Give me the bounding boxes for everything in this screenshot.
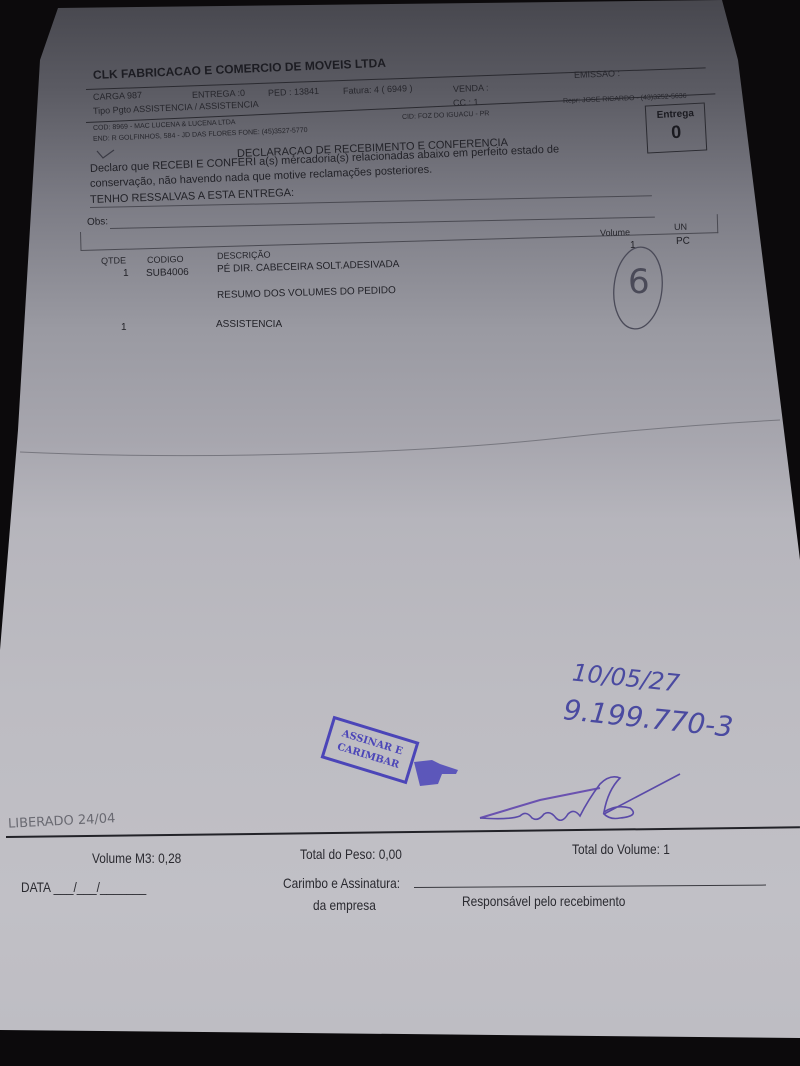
da-empresa: da empresa [313,897,376,913]
fatura: Fatura: 4 ( 6949 ) [343,83,413,96]
carimbo-label: Carimbo e Assinatura: [283,875,400,891]
entrega-box: Entrega 0 [645,102,707,153]
entrega-box-value: 0 [647,120,706,144]
summary-descricao: ASSISTENCIA [216,319,282,330]
summary-qtde: 1 [121,322,127,333]
pedido: PED : 13841 [268,86,319,98]
footer-rule [6,826,800,837]
entrega-line: ENTREGA :0 [192,88,245,100]
handwritten-number: 9.199.770-3 [562,693,735,744]
cidade: CID: FOZ DO IGUACU - PR [402,110,490,121]
pointing-hand-icon [410,756,462,790]
emissao: EMISSAO : [574,68,620,80]
total-volume: Total do Volume: 1 [572,841,670,857]
cc: CC : 1 [453,97,479,108]
total-peso: Total do Peso: 0,00 [300,846,402,862]
col-un: UN [674,222,687,232]
row-codigo: SUB4006 [146,267,189,279]
signature [470,770,700,830]
company-name: CLK FABRICACAO E COMERCIO DE MOVEIS LTDA [93,56,386,82]
delivery-receipt-paper: CLK FABRICACAO E COMERCIO DE MOVEIS LTDA… [0,0,800,1066]
entrega-box-label: Entrega [646,108,704,122]
summary-title: RESUMO DOS VOLUMES DO PEDIDO [217,285,396,301]
col-descricao: DESCRIÇÃO [217,250,271,261]
obs-label: Obs: [87,216,108,228]
data-field[interactable]: DATA ___/___/_______ [21,879,146,895]
row-un: PC [676,236,690,247]
col-volume: Volume [600,227,630,238]
row-descricao: PÉ DIR. CABECEIRA SOLT.ADESIVADA [217,259,400,275]
signature-line[interactable] [414,885,766,888]
check-mark-icon [96,148,116,162]
assinar-carimbar-stamp: ASSINAR E CARIMBAR [321,716,420,784]
col-codigo: CODIGO [147,254,184,265]
handwritten-date: 10/05/27 [571,658,681,697]
volume-m3: Volume M3: 0,28 [92,850,181,866]
tipo-pgto: Tipo Pgto ASSISTENCIA / ASSISTENCIA [93,99,259,116]
representante: Repr: JOSE RICARDO - (43)3252-5636 [563,93,687,105]
row-qtde: 1 [123,268,129,279]
responsavel: Responsável pelo recebimento [462,893,625,909]
carga: CARGA 987 [93,90,142,102]
venda: VENDA : [453,83,489,94]
pencil-note: LIBERADO 24/04 [8,811,116,832]
col-qtde: QTDE [101,255,126,266]
circled-number: 6 [628,262,650,302]
